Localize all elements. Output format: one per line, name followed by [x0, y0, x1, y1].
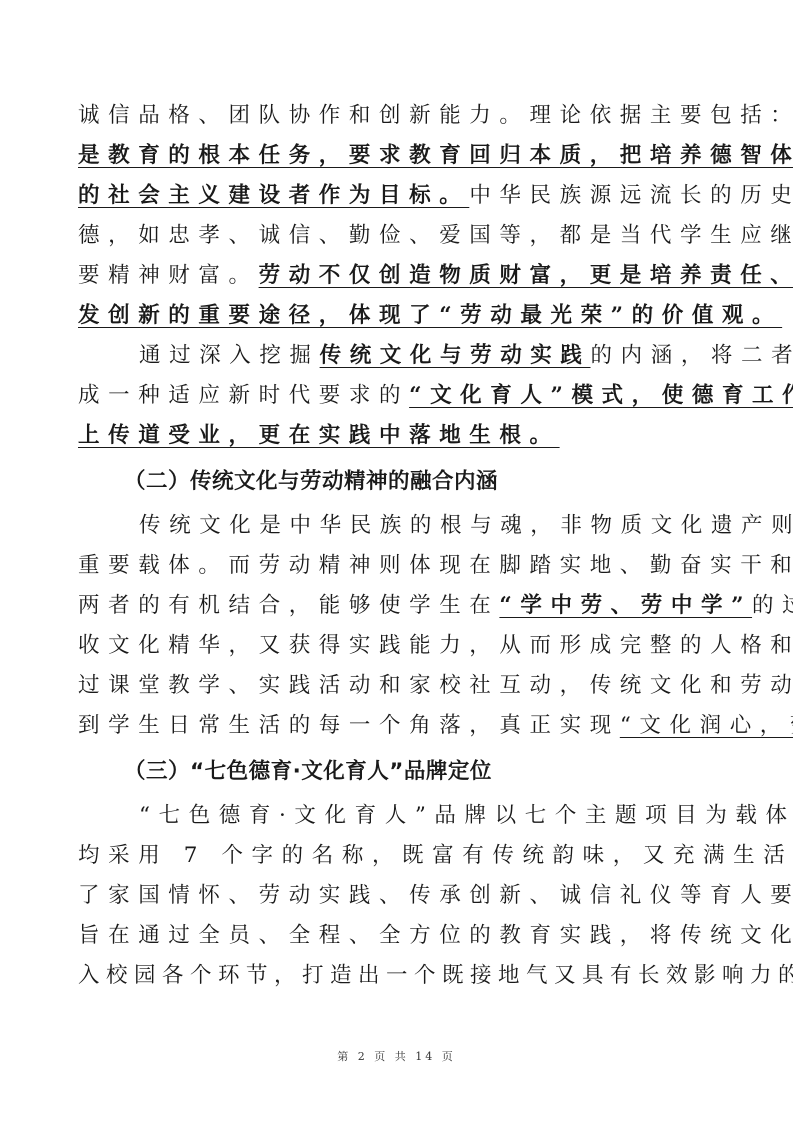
text-line: 是教育的根本任务，要求教育回归本质，把培养德智体美劳全面发展 [78, 136, 718, 176]
text-line: 过课堂教学、实践活动和家校社互动，传统文化和劳动精神得以渗透 [78, 666, 718, 706]
page-content: 诚信品格、团队协作和创新能力。理论依据主要包括：强调立德树人 是教育的根本任务，… [78, 96, 718, 996]
text-line: 到学生日常生活的每一个角落，真正实现“文化润心，劳动兴校”。 [78, 706, 718, 746]
text-line: 德，如忠孝、诚信、勤俭、爱国等，都是当代学生应继承和发扬的重 [78, 216, 718, 256]
text-line: 通过深入挖掘传统文化与劳动实践的内涵，将二者有机结合，形 [78, 336, 718, 376]
text-line: 重要载体。而劳动精神则体现在脚踏实地、勤奋实干和勇于创新上。 [78, 546, 718, 586]
text-run: 的过程中，既吸 [752, 593, 793, 618]
text-line: “七色德育·文化育人”品牌以七个主题项目为载体，每个项目 [78, 796, 718, 836]
text-run: 到学生日常生活的每一个角落，真正实现 [78, 713, 620, 738]
underlined-emphasis: 的社会主义建设者作为目标。 [78, 183, 469, 208]
underlined-emphasis: 劳动不仅创造物质财富，更是培养责任、锤炼意志、激 [259, 263, 793, 288]
section-heading-3: （三）“七色德育·文化育人”品牌定位 [78, 746, 718, 796]
text-line: 收文化精华，又获得实践能力，从而形成完整的人格和创新精神。通 [78, 626, 718, 666]
text-run: 过课堂教学、实践活动和家校社互动，传统文化和劳动精神得以渗透 [78, 673, 793, 698]
text-line: 上传道受业，更在实践中落地生根。 [78, 416, 718, 456]
text-line: 旨在通过全员、全程、全方位的教育实践，将传统文化和劳动体验融 [78, 916, 718, 956]
underlined-emphasis: 上传道受业，更在实践中落地生根。 [78, 423, 560, 448]
text-run: “七色德育·文化育人”品牌以七个主题项目为载体，每个项目 [139, 803, 793, 828]
text-run: 通过深入挖掘 [139, 343, 320, 368]
text-run: 两者的有机结合，能够使学生在 [78, 593, 499, 618]
text-run: 的内涵，将二者有机结合，形 [591, 343, 793, 368]
text-line: 均采用 7 个字的名称，既富有传统韵味，又充满生活气息，具体表达 [78, 836, 718, 876]
underlined-emphasis: 是教育的根本任务，要求教育回归本质，把培养德智体美劳全面发展 [78, 143, 793, 168]
text-line: 发创新的重要途径，体现了“劳动最光荣”的价值观。 [78, 296, 718, 336]
text-line: 了家国情怀、劳动实践、传承创新、诚信礼仪等育人要素。品牌定位 [78, 876, 718, 916]
text-line: 两者的有机结合，能够使学生在“学中劳、劳中学”的过程中，既吸 [78, 586, 718, 626]
underlined-emphasis: “学中劳、劳中学” [499, 593, 752, 618]
text-run: 入校园各个环节，打造出一个既接地气又具有长效影响力的德育品牌。 [78, 963, 793, 988]
text-line: 要精神财富。劳动不仅创造物质财富，更是培养责任、锤炼意志、激 [78, 256, 718, 296]
text-line: 入校园各个环节，打造出一个既接地气又具有长效影响力的德育品牌。 [78, 956, 718, 996]
text-run: 德，如忠孝、诚信、勤俭、爱国等，都是当代学生应继承和发扬的重 [78, 223, 793, 248]
text-run: 成一种适应新时代要求的 [78, 383, 409, 408]
text-run: 均采用 7 个字的名称，既富有传统韵味，又充满生活气息，具体表达 [78, 843, 793, 868]
underlined-emphasis: 发创新的重要途径，体现了“劳动最光荣”的价值观。 [78, 303, 782, 328]
underlined-emphasis: “文化育人”模式，使德育工作不仅在课堂 [409, 383, 793, 408]
section-heading-2: （二）传统文化与劳动精神的融合内涵 [78, 456, 718, 506]
text-run: 了家国情怀、劳动实践、传承创新、诚信礼仪等育人要素。品牌定位 [78, 883, 793, 908]
text-run: 重要载体。而劳动精神则体现在脚踏实地、勤奋实干和勇于创新上。 [78, 553, 793, 578]
text-line: 成一种适应新时代要求的“文化育人”模式，使德育工作不仅在课堂 [78, 376, 718, 416]
text-line: 诚信品格、团队协作和创新能力。理论依据主要包括：强调立德树人 [78, 96, 718, 136]
page-footer: 第 2 页 共 14 页 [0, 1048, 793, 1064]
text-run: 要精神财富。 [78, 263, 259, 288]
document-page: 诚信品格、团队协作和创新能力。理论依据主要包括：强调立德树人 是教育的根本任务，… [0, 0, 793, 1122]
underlined-emphasis: 传统文化与劳动实践 [320, 343, 591, 368]
text-line: 传统文化是中华民族的根与魂，非物质文化遗产则是文化传承的 [78, 506, 718, 546]
text-run: 诚信品格、团队协作和创新能力。理论依据主要包括： [78, 103, 793, 128]
text-run: 中华民族源远流长的历史文化和传统美 [469, 183, 793, 208]
underlined-emphasis: “文化润心，劳动兴校”。 [620, 713, 793, 738]
text-run: 旨在通过全员、全程、全方位的教育实践，将传统文化和劳动体验融 [78, 923, 793, 948]
text-run: 传统文化是中华民族的根与魂，非物质文化遗产则是文化传承的 [139, 513, 793, 538]
text-run: 收文化精华，又获得实践能力，从而形成完整的人格和创新精神。通 [78, 633, 793, 658]
text-line: 的社会主义建设者作为目标。中华民族源远流长的历史文化和传统美 [78, 176, 718, 216]
